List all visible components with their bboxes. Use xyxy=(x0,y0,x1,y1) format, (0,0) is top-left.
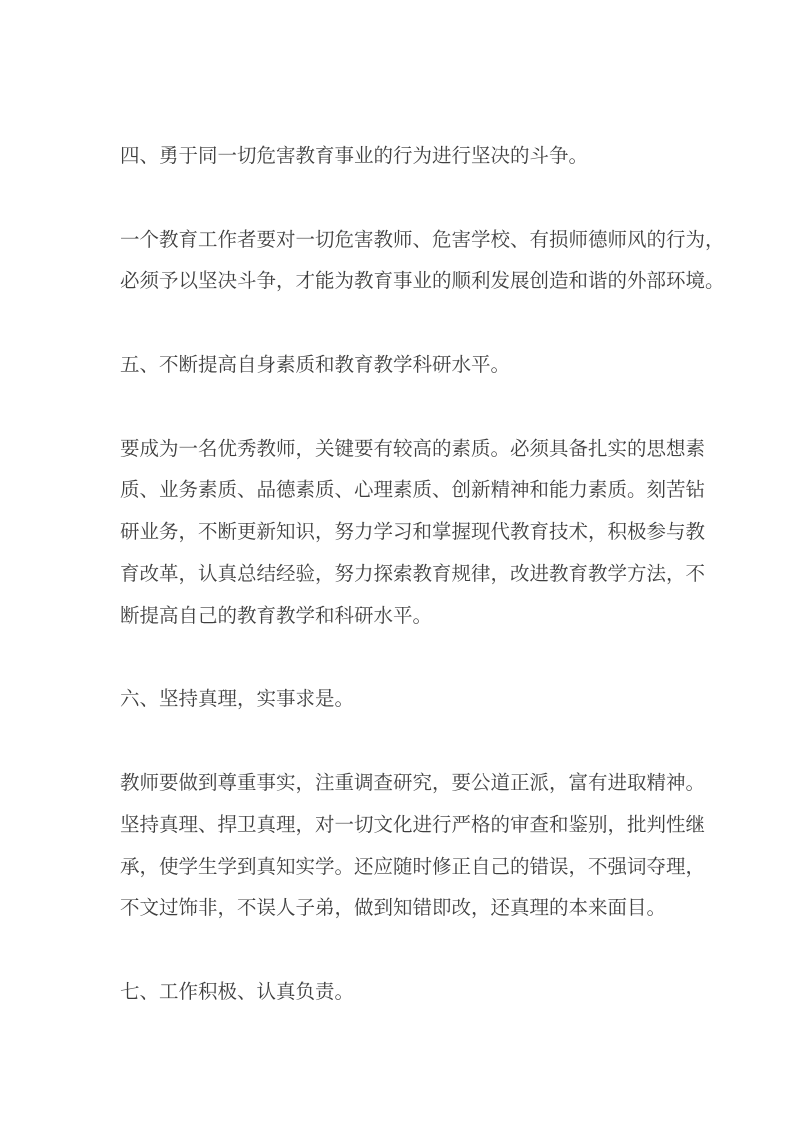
paragraph-block: 六、坚持真理，实事求是。 xyxy=(120,679,708,721)
text-line: 不文过饰非，不误人子弟，做到知错即改，还真理的本来面目。 xyxy=(120,888,708,930)
paragraph-block: 七、工作积极、认真负责。 xyxy=(120,972,708,1014)
text-line: 七、工作积极、认真负责。 xyxy=(120,972,708,1014)
text-line: 四、勇于同一切危害教育事业的行为进行坚决的斗争。 xyxy=(120,136,708,178)
paragraph-block: 四、勇于同一切危害教育事业的行为进行坚决的斗争。 xyxy=(120,136,708,178)
document-body: 四、勇于同一切危害教育事业的行为进行坚决的斗争。一个教育工作者要对一切危害教师、… xyxy=(120,136,708,1014)
paragraph-block: 要成为一名优秀教师，关键要有较高的素质。必须具备扎实的思想素质、业务素质、品德素… xyxy=(120,429,708,638)
text-line: 一个教育工作者要对一切危害教师、危害学校、有损师德师风的行为， xyxy=(120,220,708,262)
paragraph-block: 五、不断提高自身素质和教育教学科研水平。 xyxy=(120,345,708,387)
text-line: 教师要做到尊重事实，注重调查研究，要公道正派，富有进取精神。 xyxy=(120,763,708,805)
text-line: 育改革，认真总结经验，努力探索教育规律，改进教育教学方法，不 xyxy=(120,554,708,596)
text-line: 必须予以坚决斗争，才能为教育事业的顺利发展创造和谐的外部环境。 xyxy=(120,261,708,303)
text-line: 质、业务素质、品德素质、心理素质、创新精神和能力素质。刻苦钻 xyxy=(120,470,708,512)
paragraph-block: 教师要做到尊重事实，注重调查研究，要公道正派，富有进取精神。坚持真理、捍卫真理，… xyxy=(120,763,708,930)
text-line: 承，使学生学到真知实学。还应随时修正自己的错误，不强词夺理， xyxy=(120,847,708,889)
text-line: 五、不断提高自身素质和教育教学科研水平。 xyxy=(120,345,708,387)
text-line: 六、坚持真理，实事求是。 xyxy=(120,679,708,721)
text-line: 研业务，不断更新知识，努力学习和掌握现代教育技术，积极参与教 xyxy=(120,512,708,554)
text-line: 断提高自己的教育教学和科研水平。 xyxy=(120,596,708,638)
document-page: 四、勇于同一切危害教育事业的行为进行坚决的斗争。一个教育工作者要对一切危害教师、… xyxy=(0,0,793,1122)
text-line: 坚持真理、捍卫真理，对一切文化进行严格的审查和鉴别，批判性继 xyxy=(120,805,708,847)
paragraph-block: 一个教育工作者要对一切危害教师、危害学校、有损师德师风的行为，必须予以坚决斗争，… xyxy=(120,220,708,304)
text-line: 要成为一名优秀教师，关键要有较高的素质。必须具备扎实的思想素 xyxy=(120,429,708,471)
